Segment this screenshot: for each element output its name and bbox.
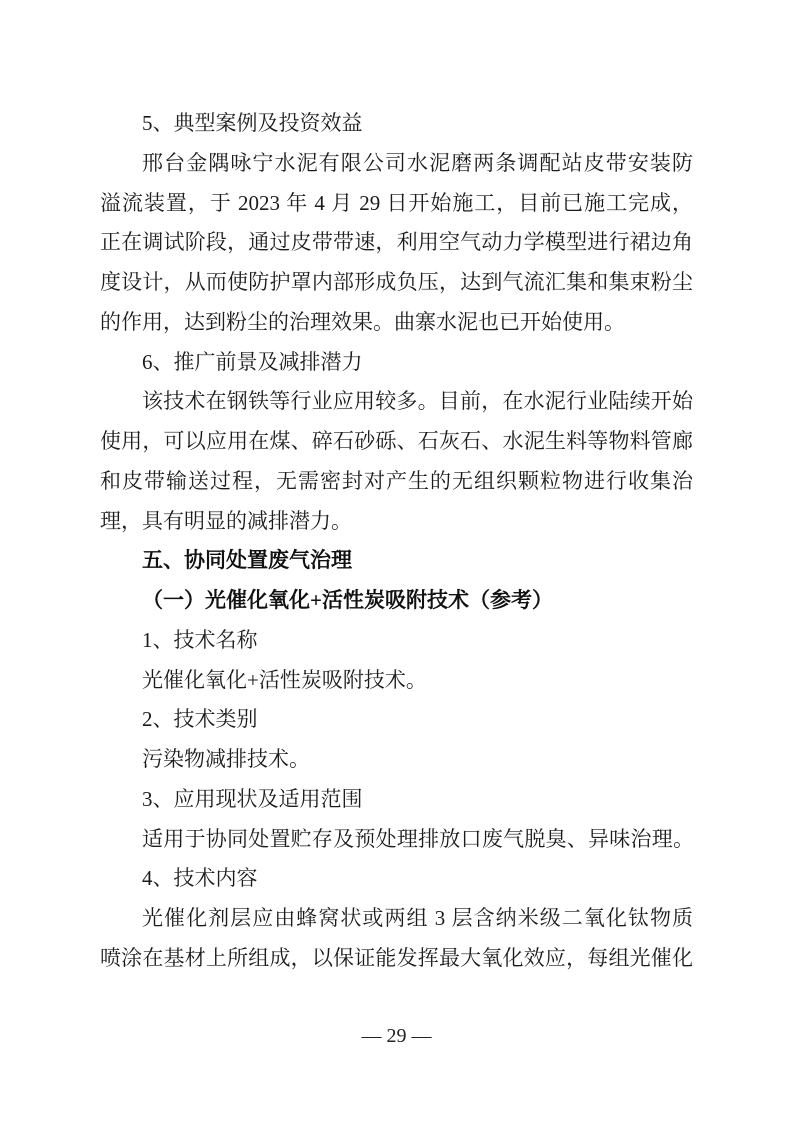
text-line: 适用于协同处置贮存及预处理排放口废气脱臭、异味治理。 [100, 820, 693, 860]
text-line: 4、技术内容 [100, 859, 693, 899]
text-line: 使用，可以应用在煤、碎石砂砾、石灰石、水泥生料等物料管廊 [100, 422, 693, 462]
text-line: 邢台金隅咏宁水泥有限公司水泥磨两条调配站皮带安装防 [100, 144, 693, 184]
text-line: 光催化氧化+活性炭吸附技术。 [100, 661, 693, 701]
text-line: 理，具有明显的减排潜力。 [100, 502, 693, 542]
text-line: 2、技术类别 [100, 700, 693, 740]
document-body: 5、典型案例及投资效益邢台金隅咏宁水泥有限公司水泥磨两条调配站皮带安装防溢流装置… [100, 104, 693, 979]
text-line: 该技术在钢铁等行业应用较多。目前，在水泥行业陆续开始 [100, 382, 693, 422]
page-number: — 29 — [0, 1022, 793, 1050]
text-line: 正在调试阶段，通过皮带带速，利用空气动力学模型进行裙边角 [100, 223, 693, 263]
document-page: 5、典型案例及投资效益邢台金隅咏宁水泥有限公司水泥磨两条调配站皮带安装防溢流装置… [0, 0, 793, 1123]
text-line: 喷涂在基材上所组成，以保证能发挥最大氧化效应，每组光催化 [100, 939, 693, 979]
text-line: 的作用，达到粉尘的治理效果。曲寨水泥也已开始使用。 [100, 303, 693, 343]
text-line: 1、技术名称 [100, 621, 693, 661]
text-line: 污染物减排技术。 [100, 740, 693, 780]
text-line: 溢流装置，于 2023 年 4 月 29 日开始施工，目前已施工完成， [100, 184, 693, 224]
text-line: 光催化剂层应由蜂窝状或两组 3 层含纳米级二氧化钛物质 [100, 899, 693, 939]
text-line: 5、典型案例及投资效益 [100, 104, 693, 144]
text-line: 3、应用现状及适用范围 [100, 780, 693, 820]
text-line: 6、推广前景及减排潜力 [100, 343, 693, 383]
text-line: （一）光催化氧化+活性炭吸附技术（参考） [100, 581, 693, 621]
text-line: 和皮带输送过程，无需密封对产生的无组织颗粒物进行收集治 [100, 462, 693, 502]
text-line: 度设计，从而使防护罩内部形成负压，达到气流汇集和集束粉尘 [100, 263, 693, 303]
text-line: 五、协同处置废气治理 [100, 541, 693, 581]
